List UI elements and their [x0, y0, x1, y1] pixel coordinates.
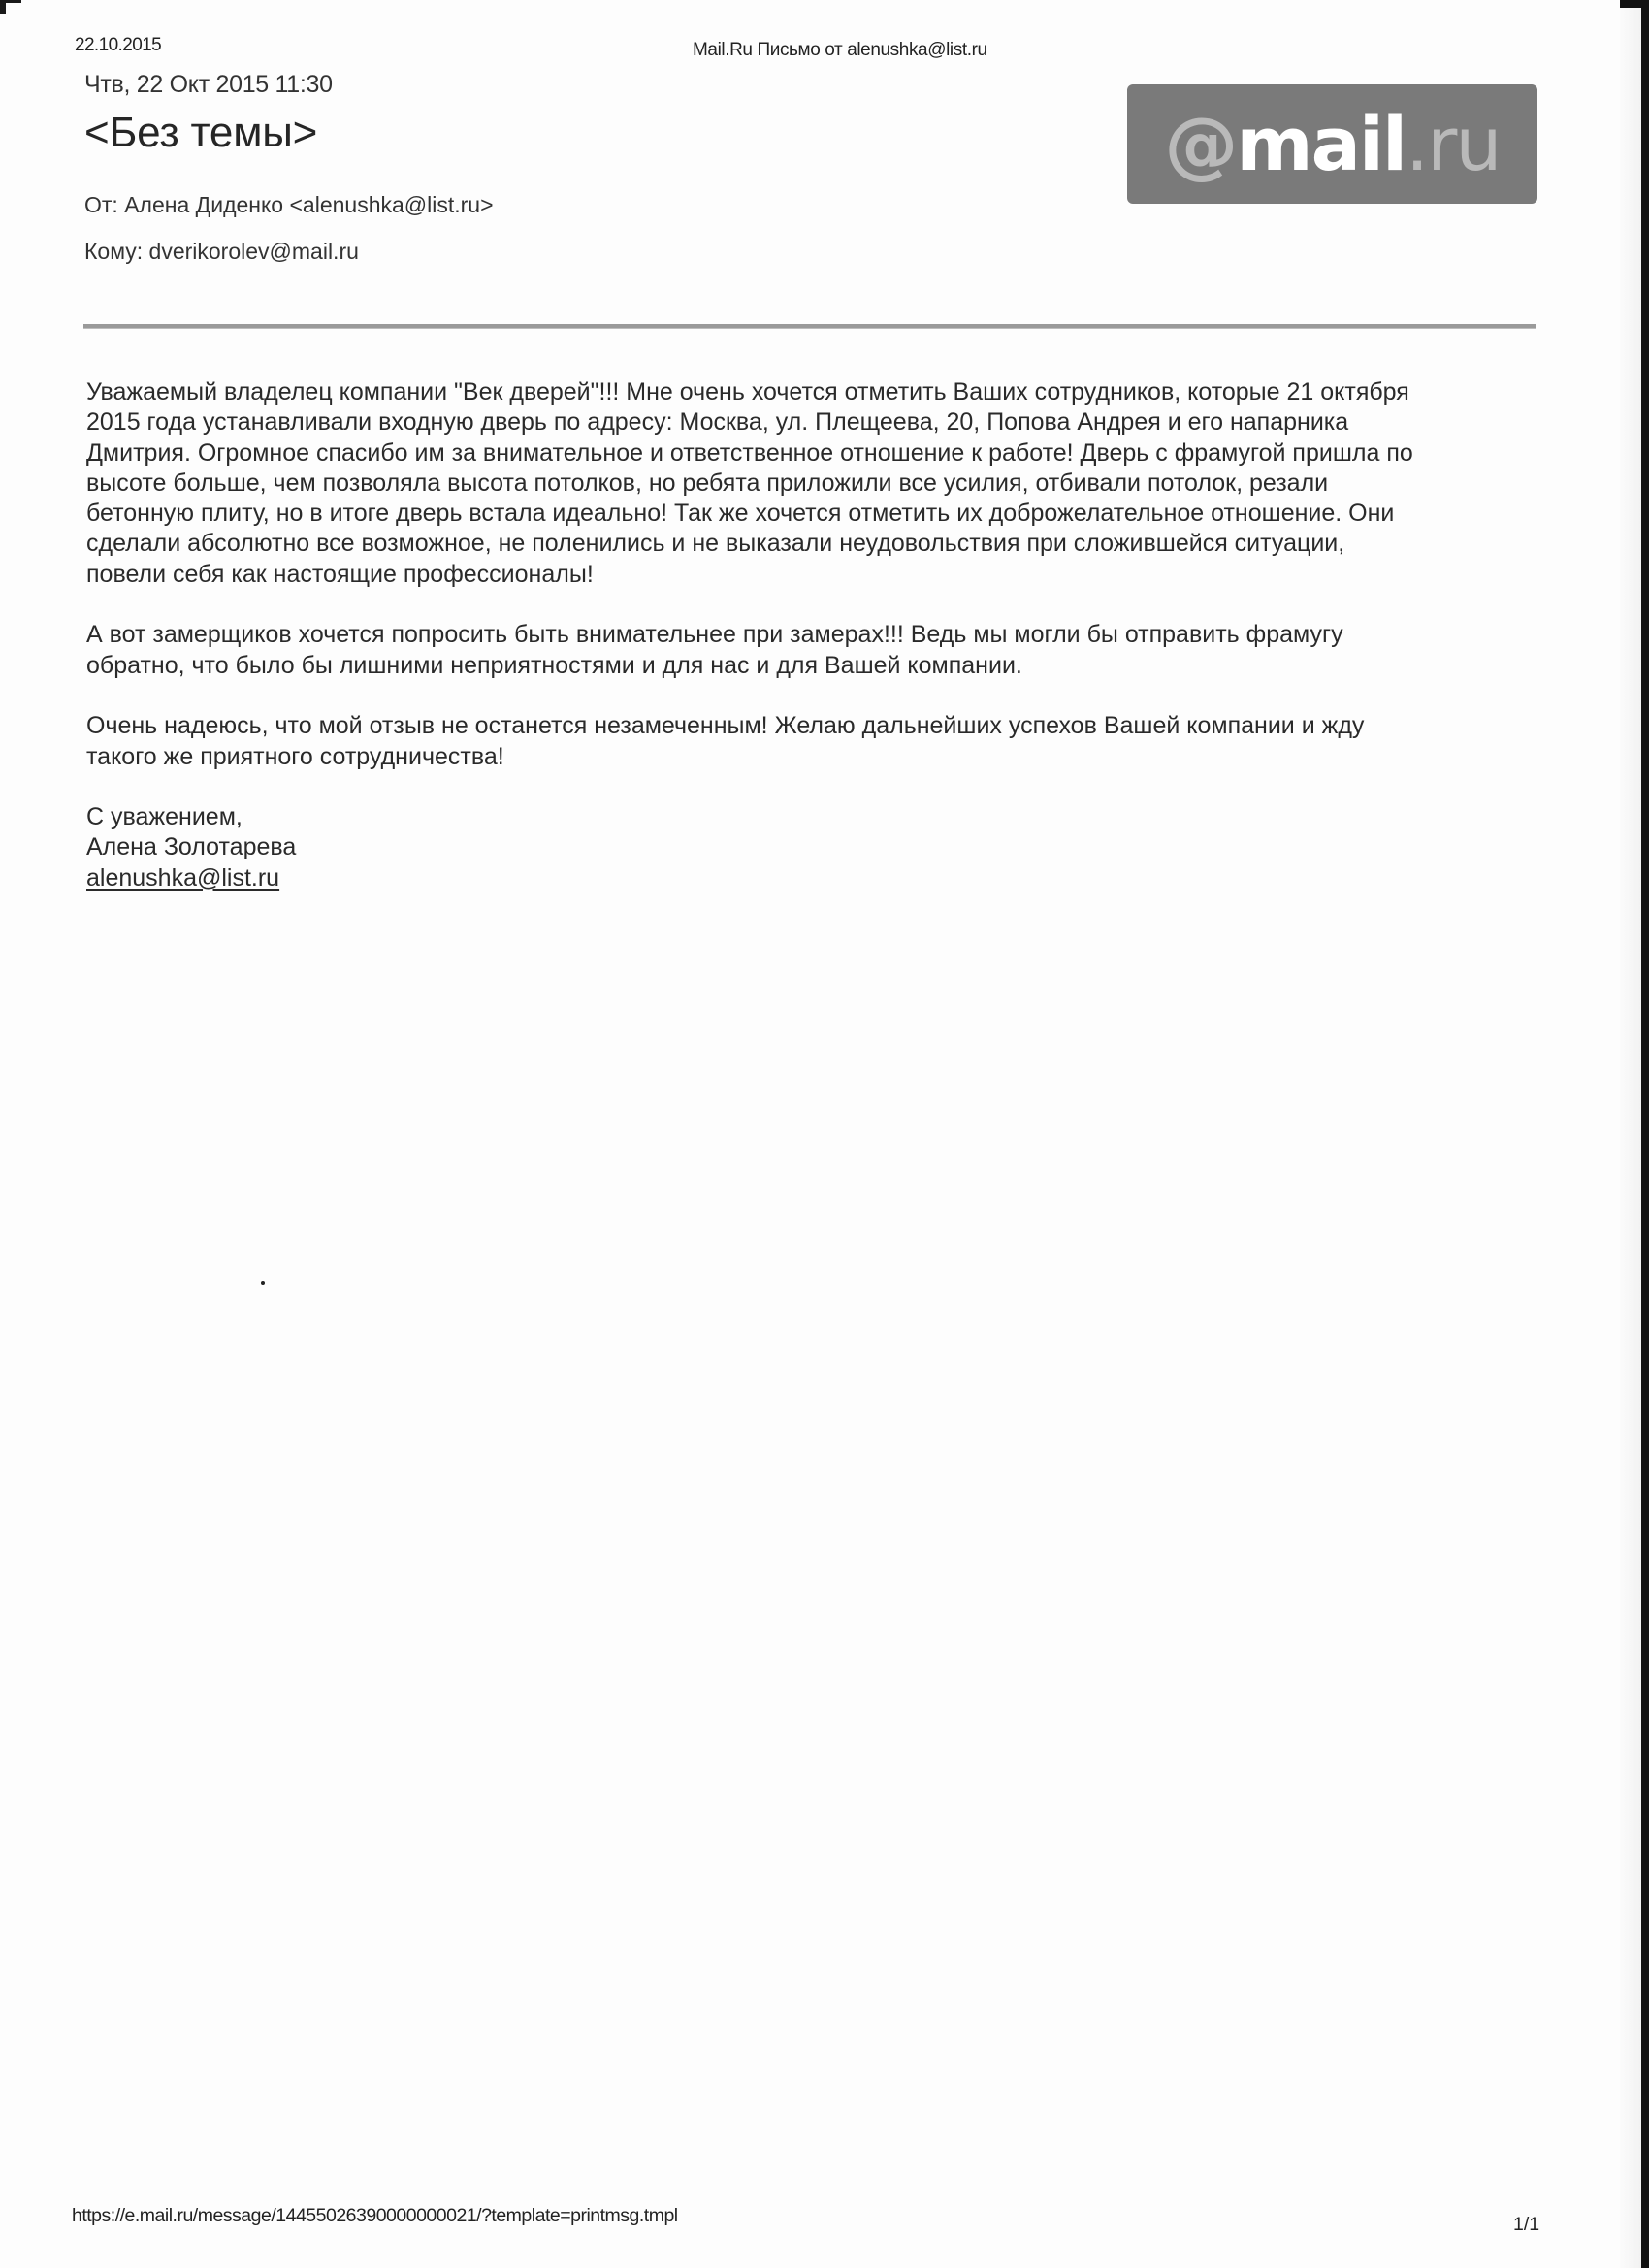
scan-shadow — [1620, 8, 1641, 2268]
paragraph-gap — [86, 681, 1413, 711]
body-line: Дмитрия. Огромное спасибо им за внимател… — [86, 438, 1413, 469]
logo-tld: .ru — [1406, 101, 1501, 187]
footer-page-number: 1/1 — [1513, 2214, 1539, 2236]
message-from: От: Алена Диденко <alenushka@list.ru> — [84, 192, 494, 218]
signature-email-link[interactable]: alenushka@list.ru — [86, 864, 279, 891]
mail-ru-logo: @mail.ru — [1127, 84, 1537, 204]
body-line: высоте больше, чем позволяла высота пото… — [86, 469, 1413, 499]
logo-name: mail — [1236, 101, 1406, 187]
scan-edge — [1641, 0, 1649, 2268]
body-line: повели себя как настоящие профессионалы! — [86, 560, 1413, 590]
signature-name: Алена Золотарева — [86, 832, 1413, 862]
message-paragraphs: Уважаемый владелец компании "Век дверей"… — [86, 377, 1413, 802]
at-sign-icon: @ — [1164, 101, 1236, 187]
message-to: Кому: dverikorolev@mail.ru — [84, 239, 359, 265]
paragraph-gap — [86, 590, 1413, 620]
body-line: бетонную плиту, но в итоге дверь встала … — [86, 499, 1413, 529]
body-line: сделали абсолютно все возможное, не поле… — [86, 529, 1413, 559]
footer-url: https://e.mail.ru/message/14455026390000… — [72, 2205, 678, 2227]
paragraph-gap — [86, 772, 1413, 802]
print-date: 22.10.2015 — [75, 35, 161, 56]
body-line: Очень надеюсь, что мой отзыв не останетс… — [86, 711, 1413, 741]
header-divider — [83, 324, 1536, 329]
body-line: Уважаемый владелец компании "Век дверей"… — [86, 377, 1413, 407]
scan-edge — [0, 0, 21, 3]
message-body: Уважаемый владелец компании "Век дверей"… — [86, 377, 1413, 893]
body-line: такого же приятного сотрудничества! — [86, 742, 1413, 772]
body-line: 2015 года устанавливали входную дверь по… — [86, 407, 1413, 437]
scan-edge — [1620, 0, 1649, 8]
message-datetime: Чтв, 22 Окт 2015 11:30 — [84, 71, 333, 99]
body-line: обратно, что было бы лишними неприятност… — [86, 651, 1413, 681]
message-subject: <Без темы> — [84, 109, 317, 157]
scan-speck — [261, 1281, 265, 1285]
print-page-title: Mail.Ru Письмо от alenushka@list.ru — [693, 40, 987, 61]
signature-closing: С уважением, — [86, 802, 1413, 832]
body-line: А вот замерщиков хочется попросить быть … — [86, 620, 1413, 650]
